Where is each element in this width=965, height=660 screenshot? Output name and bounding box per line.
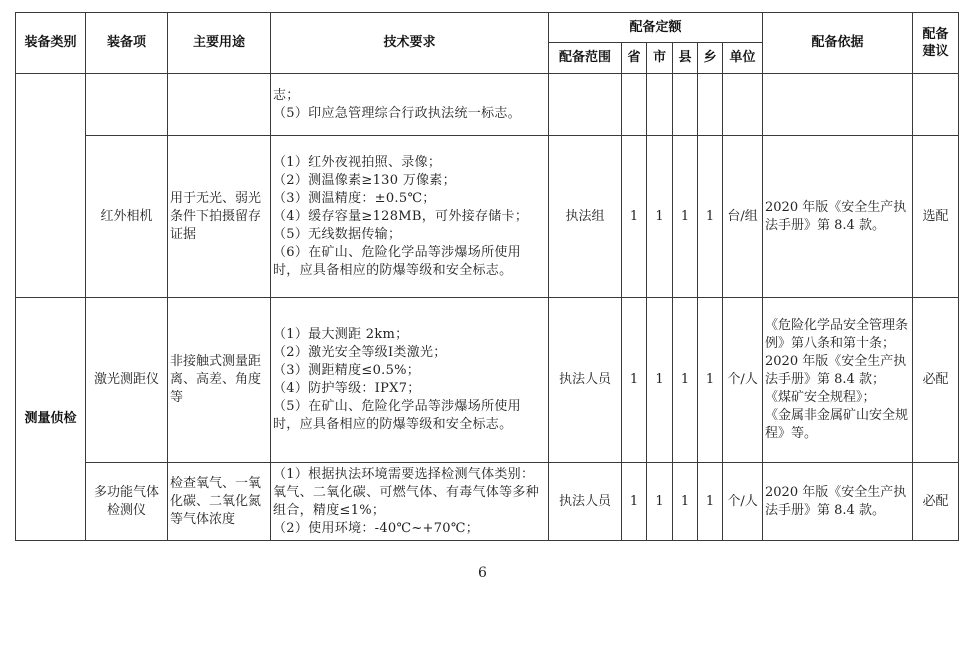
- province-cell: 1: [622, 463, 647, 541]
- requirement-line: （6）在矿山、危险化学品等涉爆场所使用时，应具备相应的防爆等级和安全标志。: [273, 244, 546, 280]
- table-row: 测量侦检 激光测距仪 非接触式测量距离、高差、角度等 （1）最大测距 2km； …: [16, 298, 959, 463]
- header-unit: 单位: [723, 43, 763, 74]
- county-cell: 1: [673, 298, 698, 463]
- county-cell: [673, 74, 698, 136]
- requirements-cell: （1）红外夜视拍照、录像； （2）测温像素≥130 万像素； （3）测温精度：±…: [271, 136, 549, 298]
- item-cell: 激光测距仪: [86, 298, 168, 463]
- requirement-line: （5）无线数据传输；: [273, 226, 546, 244]
- basis-line: 2020 年版《安全生产执法手册》第 8.4 款。: [765, 484, 910, 520]
- basis-line: 2020 年版《安全生产执法手册》第 8.4 款；: [765, 353, 910, 389]
- unit-cell: 个/人: [723, 298, 763, 463]
- scope-cell: 执法组: [549, 136, 622, 298]
- county-cell: 1: [673, 136, 698, 298]
- requirement-line: 志；: [273, 87, 546, 105]
- requirement-line: （5）印应急管理综合行政执法统一标志。: [273, 105, 546, 123]
- requirement-line: （1）红外夜视拍照、录像；: [273, 154, 546, 172]
- purpose-cell: 非接触式测量距离、高差、角度等: [168, 298, 271, 463]
- header-province: 省: [622, 43, 647, 74]
- header-category: 装备类别: [16, 13, 86, 74]
- requirement-line: （2）使用环境：-40℃~+70℃；: [273, 520, 546, 538]
- basis-line: 《危险化学品安全管理条例》第八条和第十条；: [765, 317, 910, 353]
- requirement-line: （1）根据执法环境需要选择检测气体类别：氧气、二氧化碳、可燃气体、有毒气体等多种…: [273, 466, 546, 520]
- requirement-line: （2）测温像素≥130 万像素；: [273, 172, 546, 190]
- suggestion-cell: 必配: [913, 298, 959, 463]
- scope-cell: 执法人员: [549, 463, 622, 541]
- province-cell: 1: [622, 298, 647, 463]
- item-cell: 多功能气体检测仪: [86, 463, 168, 541]
- suggestion-cell: 必配: [913, 463, 959, 541]
- city-cell: [647, 74, 673, 136]
- header-scope: 配备范围: [549, 43, 622, 74]
- requirements-cell: （1）根据执法环境需要选择检测气体类别：氧气、二氧化碳、可燃气体、有毒气体等多种…: [271, 463, 549, 541]
- unit-cell: [723, 74, 763, 136]
- city-cell: 1: [647, 136, 673, 298]
- header-county: 县: [673, 43, 698, 74]
- table-row: 红外相机 用于无光、弱光条件下拍摄留存证据 （1）红外夜视拍照、录像； （2）测…: [16, 136, 959, 298]
- equipment-table: 装备类别 装备项 主要用途 技术要求 配备定额 配备依据 配备建议 配备范围 省…: [15, 12, 959, 541]
- header-suggestion-text: 配备建议: [921, 26, 951, 60]
- category-cell: 测量侦检: [16, 298, 86, 541]
- requirement-line: （2）激光安全等级Ⅰ类激光；: [273, 344, 546, 362]
- unit-cell: 台/组: [723, 136, 763, 298]
- basis-cell: 2020 年版《安全生产执法手册》第 8.4 款。: [763, 463, 913, 541]
- county-cell: 1: [673, 463, 698, 541]
- requirement-line: （3）测距精度≤0.5%；: [273, 362, 546, 380]
- province-cell: 1: [622, 136, 647, 298]
- township-cell: 1: [698, 463, 723, 541]
- basis-line: 2020 年版《安全生产执法手册》第 8.4 款。: [765, 199, 910, 235]
- header-item: 装备项: [86, 13, 168, 74]
- item-cell: 红外相机: [86, 136, 168, 298]
- table-row: 志； （5）印应急管理综合行政执法统一标志。: [16, 74, 959, 136]
- header-requirements: 技术要求: [271, 13, 549, 74]
- suggestion-cell: 选配: [913, 136, 959, 298]
- category-cell-empty: [16, 74, 86, 298]
- table-row: 多功能气体检测仪 检查氧气、一氧化碳、二氧化氮等气体浓度 （1）根据执法环境需要…: [16, 463, 959, 541]
- basis-line: 《金属非金属矿山安全规程》等。: [765, 407, 910, 443]
- requirements-cell: （1）最大测距 2km； （2）激光安全等级Ⅰ类激光； （3）测距精度≤0.5%…: [271, 298, 549, 463]
- header-quota-group: 配备定额: [549, 13, 763, 43]
- basis-line: 《煤矿安全规程》；: [765, 389, 910, 407]
- unit-cell: 个/人: [723, 463, 763, 541]
- purpose-cell: 用于无光、弱光条件下拍摄留存证据: [168, 136, 271, 298]
- requirements-cell: 志； （5）印应急管理综合行政执法统一标志。: [271, 74, 549, 136]
- suggestion-cell: [913, 74, 959, 136]
- header-purpose: 主要用途: [168, 13, 271, 74]
- city-cell: 1: [647, 298, 673, 463]
- requirement-line: （5）在矿山、危险化学品等涉爆场所使用时，应具备相应的防爆等级和安全标志。: [273, 398, 546, 434]
- requirement-line: （3）测温精度：±0.5℃；: [273, 190, 546, 208]
- requirement-line: （4）缓存容量≥128MB，可外接存储卡；: [273, 208, 546, 226]
- requirement-line: （1）最大测距 2km；: [273, 326, 546, 344]
- header-city: 市: [647, 43, 673, 74]
- page-number: 6: [0, 565, 965, 581]
- header-suggestion: 配备建议: [913, 13, 959, 74]
- township-cell: 1: [698, 298, 723, 463]
- scope-cell: [549, 74, 622, 136]
- province-cell: [622, 74, 647, 136]
- township-cell: [698, 74, 723, 136]
- header-basis: 配备依据: [763, 13, 913, 74]
- header-township: 乡: [698, 43, 723, 74]
- basis-cell: [763, 74, 913, 136]
- purpose-cell: 检查氧气、一氧化碳、二氧化氮等气体浓度: [168, 463, 271, 541]
- city-cell: 1: [647, 463, 673, 541]
- requirement-line: （4）防护等级：IPX7；: [273, 380, 546, 398]
- basis-cell: 2020 年版《安全生产执法手册》第 8.4 款。: [763, 136, 913, 298]
- basis-cell: 《危险化学品安全管理条例》第八条和第十条； 2020 年版《安全生产执法手册》第…: [763, 298, 913, 463]
- item-cell: [86, 74, 168, 136]
- scope-cell: 执法人员: [549, 298, 622, 463]
- township-cell: 1: [698, 136, 723, 298]
- header-row-1: 装备类别 装备项 主要用途 技术要求 配备定额 配备依据 配备建议: [16, 13, 959, 43]
- purpose-cell: [168, 74, 271, 136]
